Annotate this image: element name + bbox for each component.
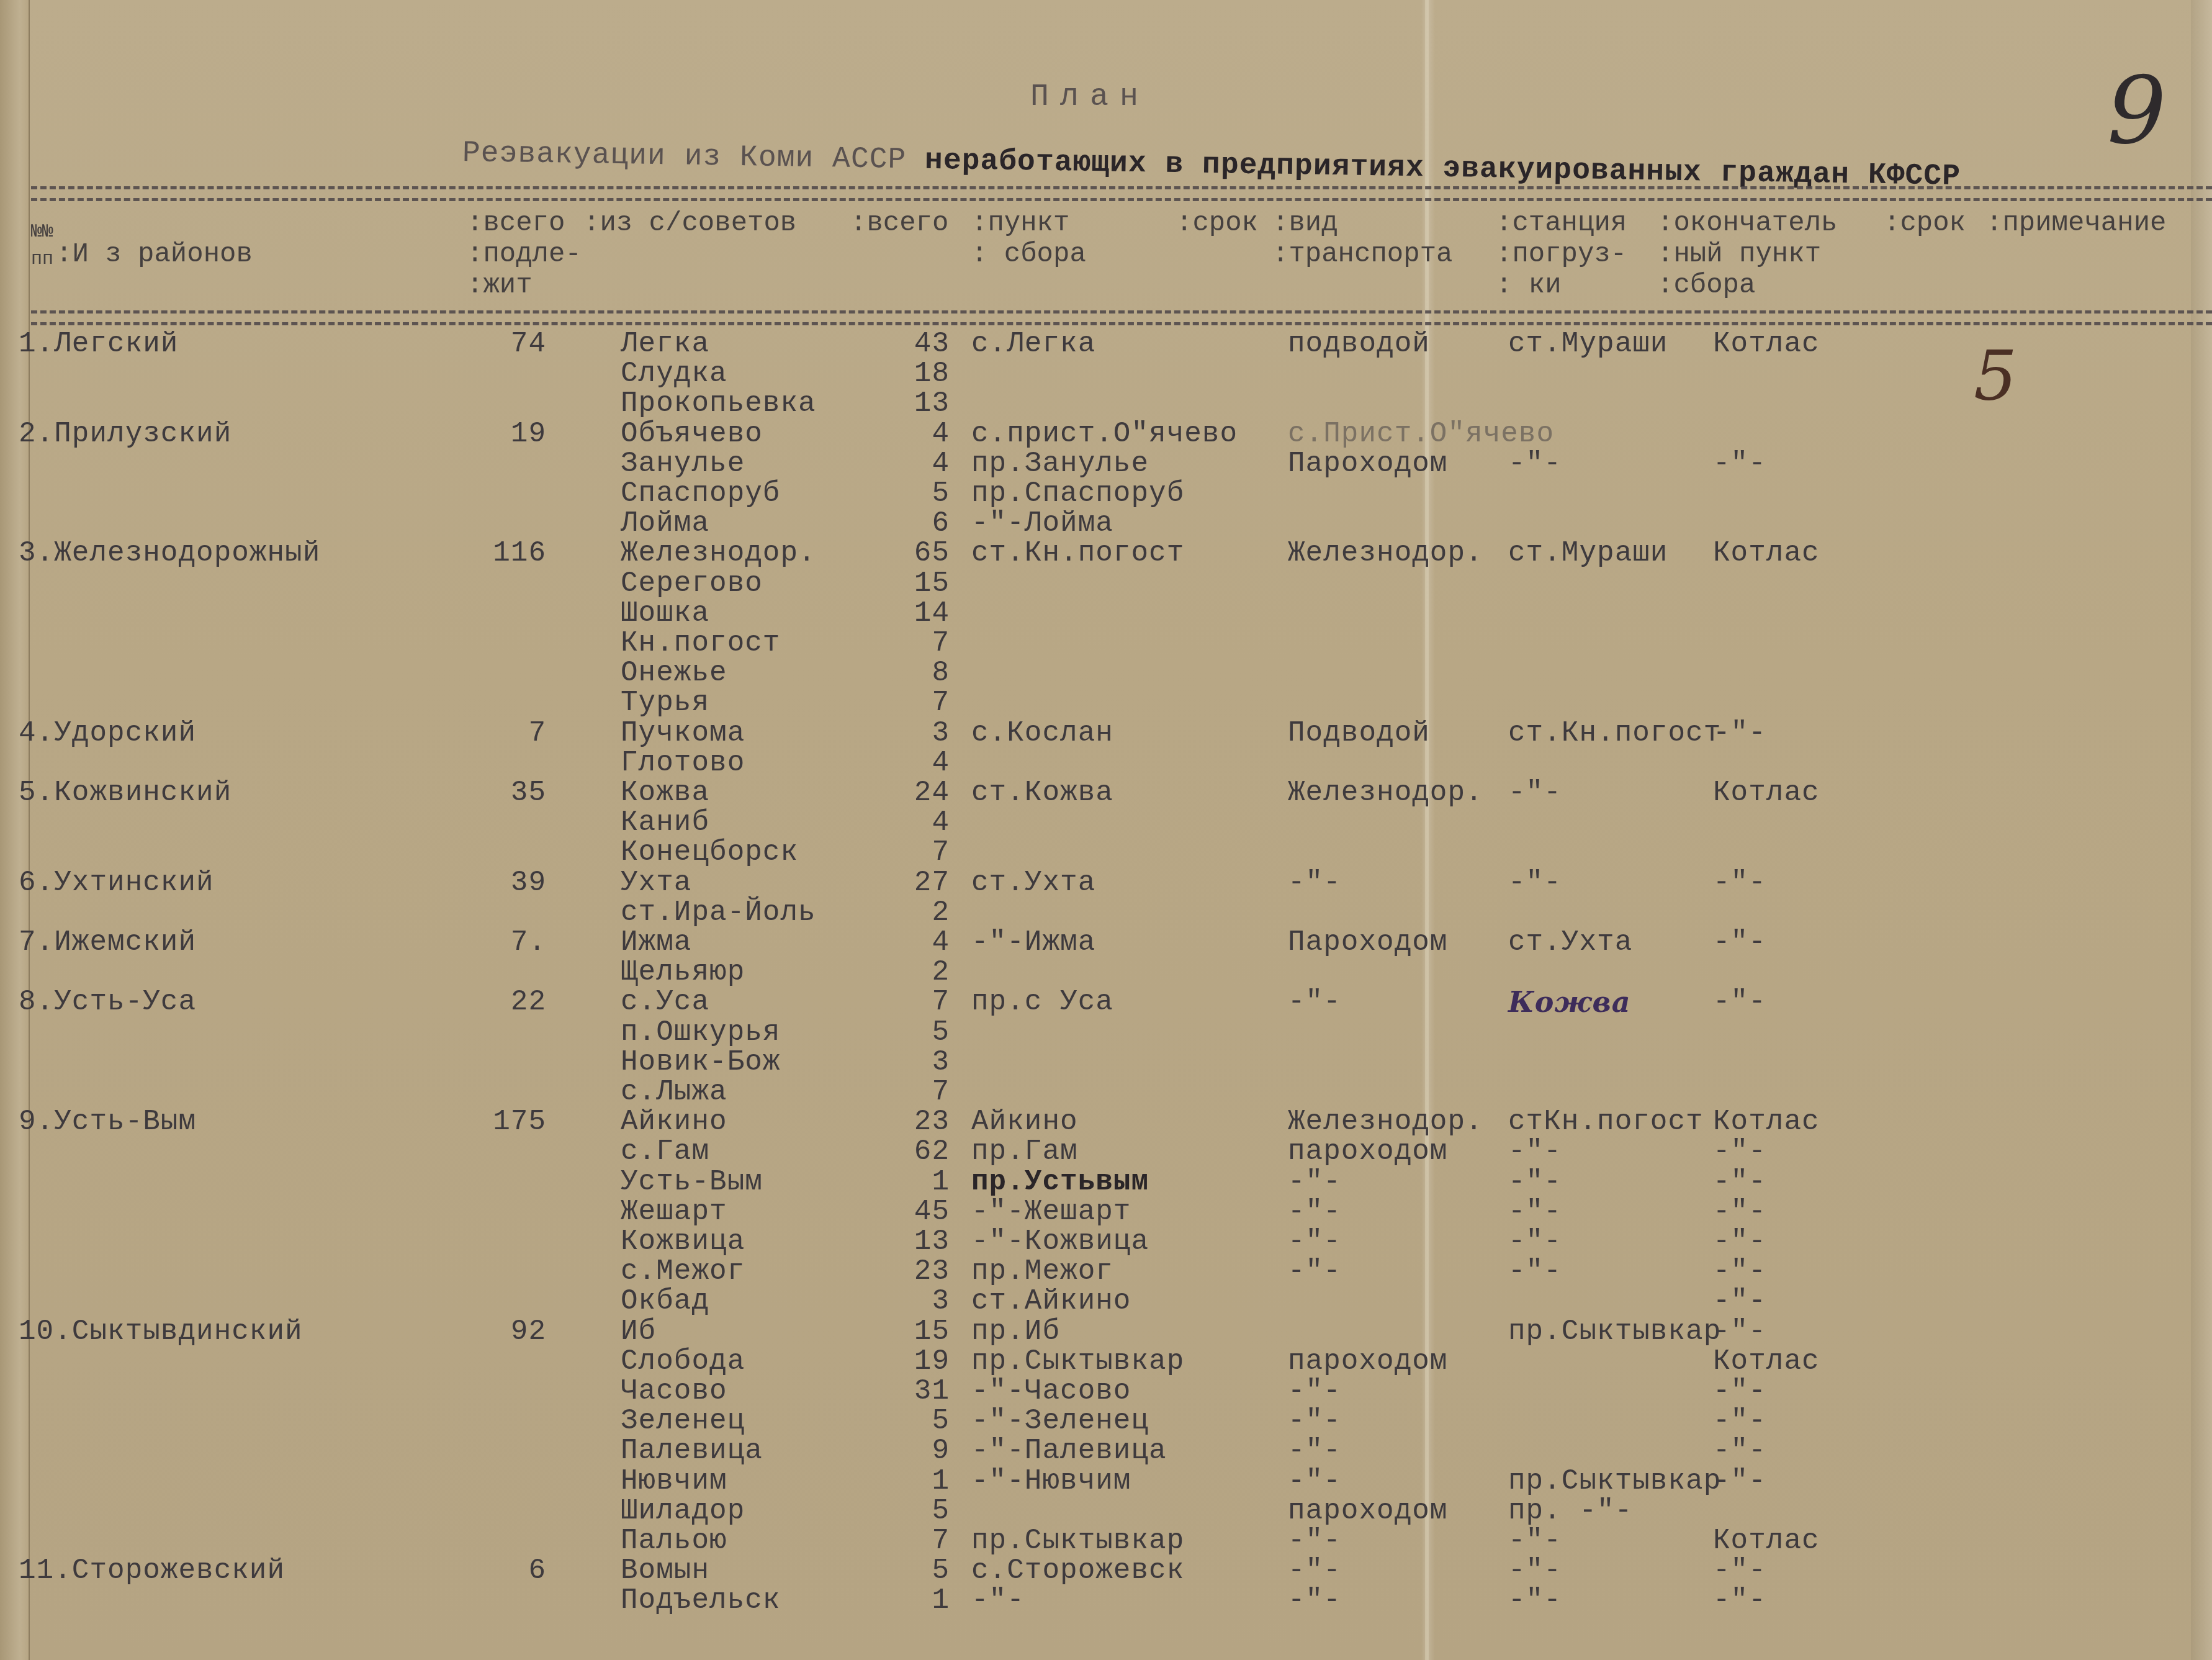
- transport-cell: с.Прист.О"ячево: [1288, 419, 1554, 449]
- sovet-cell: Лойма: [621, 508, 709, 538]
- sovet-count-cell: 1: [869, 1466, 950, 1496]
- sovet-cell: Занулье: [621, 449, 745, 479]
- transport-cell: -"-: [1288, 1466, 1341, 1496]
- transport-cell: Железнодор.: [1288, 538, 1483, 568]
- sovet-cell: Слобода: [621, 1346, 745, 1376]
- sovet-cell: Айкино: [621, 1107, 727, 1137]
- sovet-count-cell: 13: [869, 389, 950, 418]
- sovet-count-cell: 23: [869, 1107, 950, 1137]
- sovet-cell: Серегово: [621, 569, 763, 598]
- loading-station-cell: ст.Мураши: [1508, 329, 1668, 359]
- collection-point-cell: с.Легка: [971, 329, 1095, 359]
- sovet-count-cell: 5: [869, 479, 950, 508]
- sovet-count-cell: 1: [869, 1167, 950, 1197]
- sovet-count-cell: 13: [869, 1227, 950, 1256]
- sovet-count-cell: 2: [869, 957, 950, 987]
- sovet-count-cell: 15: [869, 569, 950, 598]
- sovet-count-cell: 6: [869, 508, 950, 538]
- final-point-cell: -"-: [1713, 1466, 1766, 1496]
- final-point-cell: -"-: [1713, 868, 1766, 898]
- paper-right-edge: [2191, 0, 2212, 1660]
- sovet-cell: Вомын: [621, 1556, 709, 1586]
- collection-point-cell: пр.Занулье: [971, 449, 1149, 479]
- district-total-cell: 6: [484, 1556, 546, 1586]
- transport-cell: -"-: [1288, 868, 1341, 898]
- collection-point-cell: с.Сторожевск: [971, 1556, 1184, 1586]
- header-from-sovets: :из с/советов: [583, 208, 796, 239]
- sovet-cell: Палевица: [621, 1436, 763, 1466]
- collection-point-cell: -"-Лойма: [971, 508, 1113, 538]
- district-cell: 1.Легский: [19, 329, 178, 359]
- district-cell: 8.Усть-Уса: [19, 987, 196, 1017]
- transport-cell: -"-: [1288, 1197, 1341, 1227]
- district-total-cell: 39: [484, 868, 546, 898]
- sovet-count-cell: 7: [869, 987, 950, 1017]
- sovet-count-cell: 2: [869, 898, 950, 927]
- transport-cell: пароходом: [1288, 1137, 1447, 1166]
- sovet-cell: Ижма: [621, 927, 691, 957]
- final-point-cell: Котлас: [1713, 1526, 1820, 1556]
- sovet-cell: Спаспоруб: [621, 479, 780, 508]
- sovet-count-cell: 1: [869, 1586, 950, 1615]
- sovet-count-cell: 4: [869, 449, 950, 479]
- header-bottom-double-rule: [31, 310, 2212, 325]
- loading-station-cell: пр.Сыктывкар: [1508, 1466, 1721, 1496]
- final-point-cell: -"-: [1713, 1317, 1766, 1346]
- collection-point-cell: с.Кослан: [971, 718, 1113, 748]
- sovet-cell: Подъельск: [621, 1586, 780, 1615]
- loading-station-cell: -"-: [1508, 1256, 1562, 1286]
- sovet-cell: Пучкома: [621, 718, 745, 748]
- sovet-cell: Объячево: [621, 419, 763, 449]
- final-point-cell: Котлас: [1713, 329, 1820, 359]
- collection-point-cell: -"-Нювчим: [971, 1466, 1131, 1496]
- page-binding-edge: [0, 0, 30, 1660]
- transport-cell: Подводой: [1288, 718, 1430, 748]
- sovet-count-cell: 5: [869, 1017, 950, 1047]
- loading-station-cell: -"-: [1508, 1137, 1562, 1166]
- sovet-count-cell: 8: [869, 658, 950, 688]
- sovet-cell: Кожва: [621, 778, 709, 808]
- header-district: :И з районов: [56, 239, 253, 270]
- sovet-cell: п.Ошкурья: [621, 1017, 780, 1047]
- handwritten-margin-mark: 5: [1974, 338, 2018, 413]
- sovet-cell: Кожвица: [621, 1227, 745, 1256]
- sovet-count-cell: 65: [869, 538, 950, 568]
- sovet-count-cell: 62: [869, 1137, 950, 1166]
- loading-station-cell: -"-: [1508, 868, 1562, 898]
- sovet-count-cell: 5: [869, 1496, 950, 1526]
- sovet-count-cell: 5: [869, 1406, 950, 1436]
- transport-cell: Железнодор.: [1288, 778, 1483, 808]
- district-cell: 3.Железнодорожный: [19, 538, 320, 568]
- sovet-cell: Легка: [621, 329, 709, 359]
- loading-station-cell: стКн.погост: [1508, 1107, 1704, 1137]
- header-final-point: :окончатель :ный пункт :сбора: [1657, 208, 1837, 301]
- transport-cell: -"-: [1288, 1376, 1341, 1406]
- transport-cell: -"-: [1288, 1167, 1341, 1197]
- loading-station-cell: ст.Мураши: [1508, 538, 1668, 568]
- sovet-count-cell: 3: [869, 1286, 950, 1316]
- sovet-count-cell: 4: [869, 419, 950, 449]
- sovet-cell: с.Лыжа: [621, 1077, 727, 1107]
- district-total-cell: 22: [484, 987, 546, 1017]
- sovet-count-cell: 19: [869, 1346, 950, 1376]
- sovet-count-cell: 24: [869, 778, 950, 808]
- sovet-cell: Зеленец: [621, 1406, 745, 1436]
- sovet-cell: Прокопьевка: [621, 389, 816, 418]
- transport-cell: подводой: [1288, 329, 1430, 359]
- district-cell: 7.Ижемский: [19, 927, 196, 957]
- header-term-1: :срок: [1176, 208, 1258, 239]
- final-point-cell: Котлас: [1713, 778, 1820, 808]
- loading-station-cell: ст.Ухта: [1508, 927, 1632, 957]
- header-collection-point: :пункт : сбора: [971, 208, 1086, 270]
- sovet-count-cell: 18: [869, 359, 950, 389]
- sovet-count-cell: 3: [869, 1047, 950, 1077]
- header-term-2: :срок: [1884, 208, 1966, 239]
- sovet-cell: Щельяюр: [621, 957, 745, 987]
- collection-point-cell: -"-Зеленец: [971, 1406, 1149, 1436]
- sovet-count-cell: 7: [869, 688, 950, 718]
- collection-point-cell: -"-Часово: [971, 1376, 1131, 1406]
- loading-station-cell: -"-: [1508, 1167, 1562, 1197]
- collection-point-cell: пр.с Уса: [971, 987, 1113, 1017]
- final-point-cell: -"-: [1713, 718, 1766, 748]
- sovet-cell: Слудка: [621, 359, 727, 389]
- header-num: №№ пп: [31, 219, 53, 273]
- final-point-cell: -"-: [1713, 1256, 1766, 1286]
- collection-point-cell: ст.Айкино: [971, 1286, 1131, 1316]
- header-note: :примечание: [1986, 208, 2166, 239]
- sovet-count-cell: 7: [869, 1526, 950, 1556]
- final-point-cell: -"-: [1713, 1406, 1766, 1436]
- collection-point-cell: пр.Спаспоруб: [971, 479, 1184, 508]
- final-point-cell: Котлас: [1713, 538, 1820, 568]
- transport-cell: -"-: [1288, 1526, 1341, 1556]
- document-title: План: [1030, 79, 1149, 115]
- sovet-count-cell: 43: [869, 329, 950, 359]
- district-cell: 6.Ухтинский: [19, 868, 214, 898]
- district-cell: 9.Усть-Вым: [19, 1107, 196, 1137]
- sovet-cell: Конецборск: [621, 837, 798, 867]
- transport-cell: Железнодор.: [1288, 1107, 1483, 1137]
- district-total-cell: 7.: [484, 927, 546, 957]
- sovet-cell: с.Гам: [621, 1137, 709, 1166]
- collection-point-cell: ст.Ухта: [971, 868, 1095, 898]
- sovet-count-cell: 3: [869, 718, 950, 748]
- transport-cell: -"-: [1288, 1256, 1341, 1286]
- final-point-cell: -"-: [1713, 927, 1766, 957]
- final-point-cell: -"-: [1713, 1556, 1766, 1586]
- sovet-count-cell: 5: [869, 1556, 950, 1586]
- collection-point-cell: пр.Межог: [971, 1256, 1113, 1286]
- sovet-count-cell: 15: [869, 1317, 950, 1346]
- collection-point-cell: пр.Иб: [971, 1317, 1060, 1346]
- district-total-cell: 19: [484, 419, 546, 449]
- district-cell: 10.Сыктывдинский: [19, 1317, 303, 1346]
- district-total-cell: 92: [484, 1317, 546, 1346]
- collection-point-cell: пр.Устьвым: [971, 1167, 1149, 1197]
- district-total-cell: 7: [484, 718, 546, 748]
- transport-cell: -"-: [1288, 1406, 1341, 1436]
- sovet-count-cell: 9: [869, 1436, 950, 1466]
- loading-station-cell: -"-: [1508, 778, 1562, 808]
- sovet-cell: Иб: [621, 1317, 656, 1346]
- sovet-cell: Окбад: [621, 1286, 709, 1316]
- sovet-cell: Новик-Бож: [621, 1047, 780, 1077]
- sovet-cell: ст.Ира-Йоль: [621, 898, 816, 927]
- collection-point-cell: пр.Гам: [971, 1137, 1078, 1166]
- collection-point-cell: -"-Палевица: [971, 1436, 1167, 1466]
- sovet-cell: Усть-Вым: [621, 1167, 763, 1197]
- district-total-cell: 175: [484, 1107, 546, 1137]
- header-total-subject: :всего :подле- :жит: [467, 208, 582, 301]
- sovet-cell: Пальою: [621, 1526, 727, 1556]
- district-total-cell: 116: [484, 538, 546, 568]
- handwritten-page-number: 9: [2107, 57, 2166, 165]
- transport-cell: пароходом: [1288, 1496, 1447, 1526]
- sovet-cell: Нювчим: [621, 1466, 727, 1496]
- sovet-count-cell: 4: [869, 808, 950, 837]
- final-point-cell: -"-: [1713, 1197, 1766, 1227]
- transport-cell: -"-: [1288, 1586, 1341, 1615]
- final-point-cell: -"-: [1713, 1376, 1766, 1406]
- district-total-cell: 74: [484, 329, 546, 359]
- transport-cell: -"-: [1288, 1436, 1341, 1466]
- district-cell: 2.Прилузский: [19, 419, 232, 449]
- transport-cell: -"-: [1288, 987, 1341, 1017]
- loading-station-cell: -"-: [1508, 449, 1562, 479]
- loading-station-cell: -"-: [1508, 1556, 1562, 1586]
- loading-station-cell: пр.Сыктывкар: [1508, 1317, 1721, 1346]
- loading-station-cell: -"-: [1508, 1586, 1562, 1615]
- district-cell: 5.Кожвинский: [19, 778, 232, 808]
- sovet-count-cell: 31: [869, 1376, 950, 1406]
- sovet-cell: Кн.погост: [621, 628, 780, 658]
- transport-cell: Пароходом: [1288, 449, 1447, 479]
- collection-point-cell: -"-Кожвица: [971, 1227, 1149, 1256]
- sovet-cell: с.Межог: [621, 1256, 745, 1286]
- sovet-count-cell: 45: [869, 1197, 950, 1227]
- header-loading-station: :станция :погруз- : ки: [1496, 208, 1627, 301]
- sovet-cell: Каниб: [621, 808, 709, 837]
- final-point-cell: -"-: [1713, 1286, 1766, 1316]
- sovet-count-cell: 23: [869, 1256, 950, 1286]
- document-subtitle: Реэвакуации из Коми АССР неработающих в …: [462, 137, 1961, 194]
- collection-point-cell: ст.Кн.погост: [971, 538, 1184, 568]
- final-point-cell: -"-: [1713, 1227, 1766, 1256]
- transport-cell: -"-: [1288, 1556, 1341, 1586]
- sovet-count-cell: 4: [869, 748, 950, 778]
- collection-point-cell: -"-: [971, 1586, 1025, 1615]
- sovet-cell: Часово: [621, 1376, 727, 1406]
- sovet-cell: Железнодор.: [621, 538, 816, 568]
- transport-cell: -"-: [1288, 1227, 1341, 1256]
- final-point-cell: -"-: [1713, 449, 1766, 479]
- loading-station-cell: пр. -"-: [1508, 1496, 1632, 1526]
- sovet-count-cell: 14: [869, 598, 950, 628]
- collection-point-cell: с.прист.О"ячево: [971, 419, 1238, 449]
- loading-station-cell: -"-: [1508, 1227, 1562, 1256]
- sovet-cell: Шошка: [621, 598, 709, 628]
- district-total-cell: 35: [484, 778, 546, 808]
- header-transport: :вид :транспорта: [1272, 208, 1452, 270]
- sovet-cell: Турья: [621, 688, 709, 718]
- header-total: :всего: [850, 208, 948, 239]
- final-point-cell: -"-: [1713, 1436, 1766, 1466]
- final-point-cell: -"-: [1713, 1137, 1766, 1166]
- transport-cell: пароходом: [1288, 1346, 1447, 1376]
- sovet-cell: с.Уса: [621, 987, 709, 1017]
- district-cell: 4.Удорский: [19, 718, 196, 748]
- transport-cell: Пароходом: [1288, 927, 1447, 957]
- final-point-cell: Котлас: [1713, 1107, 1820, 1137]
- collection-point-cell: -"-Жешарт: [971, 1197, 1131, 1227]
- final-point-cell: -"-: [1713, 1167, 1766, 1197]
- collection-point-cell: пр.Сыктывкар: [971, 1346, 1184, 1376]
- final-point-cell: Котлас: [1713, 1346, 1820, 1376]
- final-point-cell: -"-: [1713, 987, 1766, 1017]
- district-cell: 11.Сторожевский: [19, 1556, 285, 1586]
- collection-point-cell: пр.Сыктывкар: [971, 1526, 1184, 1556]
- sovet-cell: Жешарт: [621, 1197, 727, 1227]
- header-top-double-rule: [31, 186, 2212, 201]
- sovet-cell: Глотово: [621, 748, 745, 778]
- sovet-cell: Шиладор: [621, 1496, 745, 1526]
- sovet-count-cell: 4: [869, 927, 950, 957]
- document-page: 9 План Реэвакуации из Коми АССР неработа…: [0, 0, 2212, 1660]
- collection-point-cell: Айкино: [971, 1107, 1078, 1137]
- final-point-cell: -"-: [1713, 1586, 1766, 1615]
- sovet-count-cell: 7: [869, 837, 950, 867]
- loading-station-cell: ст.Кн.погост: [1508, 718, 1721, 748]
- sovet-cell: Онежье: [621, 658, 727, 688]
- subtitle-part-1: Реэвакуации из Коми АССР: [462, 137, 925, 178]
- loading-station-cell: -"-: [1508, 1526, 1562, 1556]
- sovet-count-cell: 7: [869, 628, 950, 658]
- sovet-cell: Ухта: [621, 868, 691, 898]
- collection-point-cell: ст.Кожва: [971, 778, 1113, 808]
- sovet-count-cell: 27: [869, 868, 950, 898]
- collection-point-cell: -"-Ижма: [971, 927, 1095, 957]
- loading-station-cell: Кожва: [1508, 987, 1631, 1017]
- loading-station-cell: -"-: [1508, 1197, 1562, 1227]
- sovet-count-cell: 7: [869, 1077, 950, 1107]
